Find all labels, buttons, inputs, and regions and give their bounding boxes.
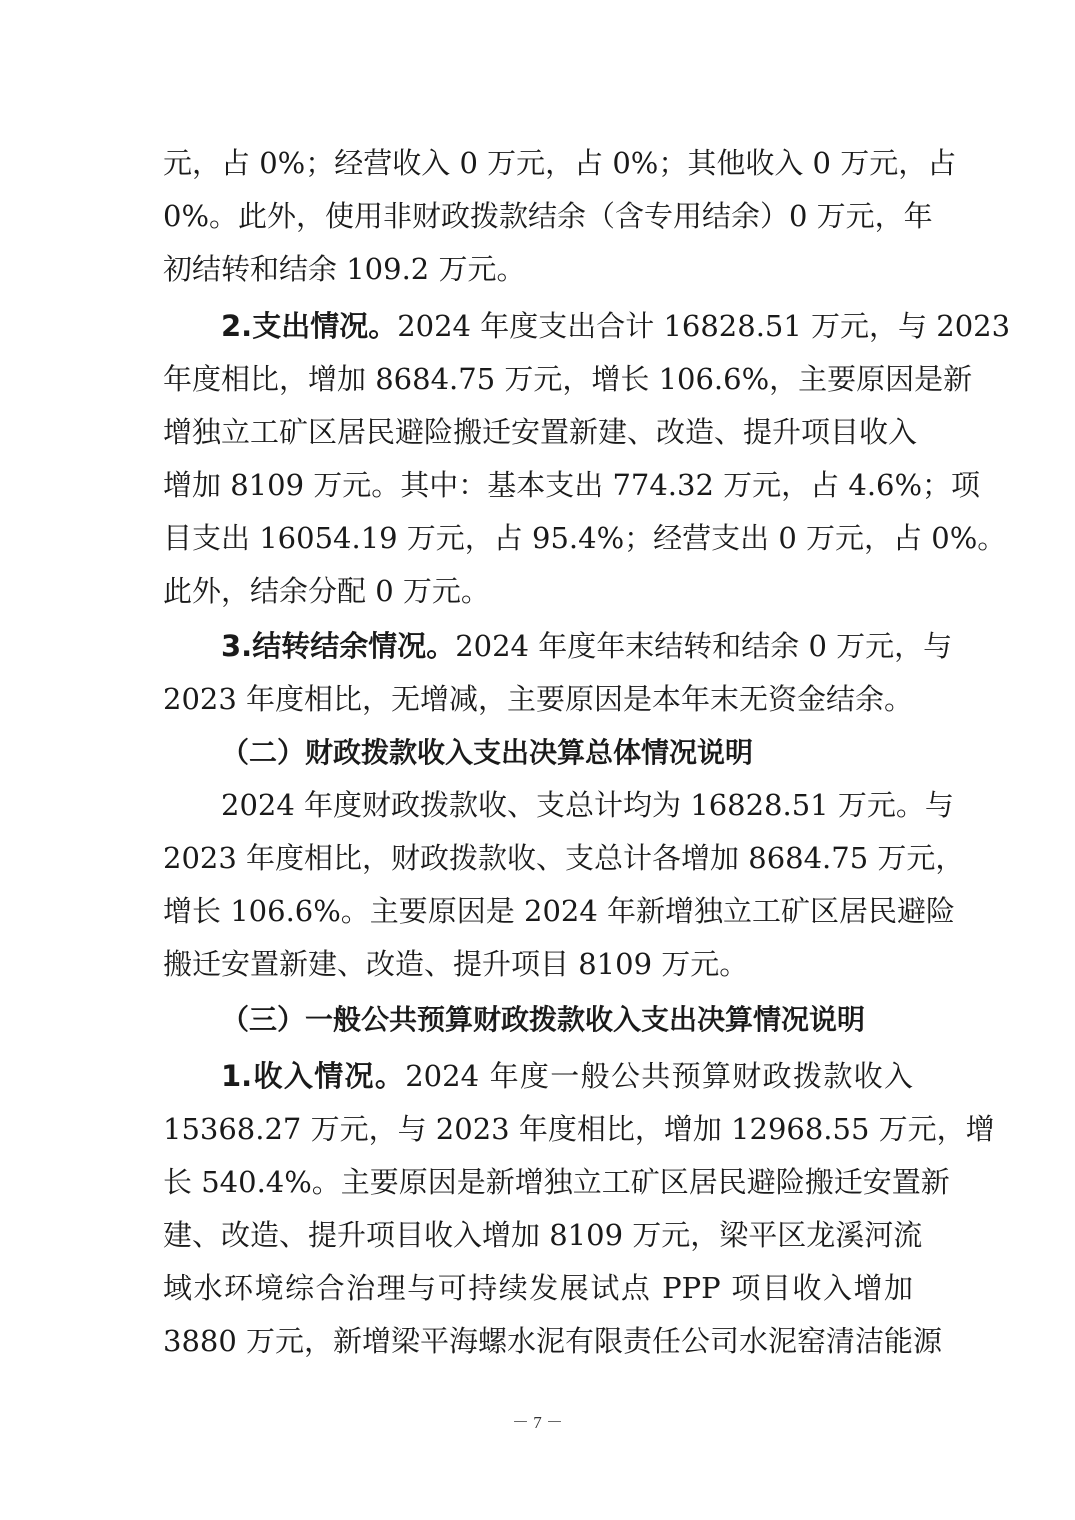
paragraph-text: 2024 年度支出合计 16828.51 万元，与 2023 [397,309,1010,343]
section-carryover-first-line: 3.结转结余情况。2024 年度年末结转和结余 0 万元，与 [221,620,913,673]
document-page: 元，占 0%；经营收入 0 万元，占 0%；其他收入 0 万元，占 0%。此外，… [0,0,1075,1520]
paragraph-line: 增加 8109 万元。其中：基本支出 774.32 万元，占 4.6%；项 [163,459,913,512]
paragraph-line: 0%。此外，使用非财政拨款结余（含专用结余）0 万元，年 [163,190,913,243]
section-heading-3: （三）一般公共预算财政拨款收入支出决算情况说明 [221,993,921,1046]
paragraph-line: 3880 万元，新增梁平海螺水泥有限责任公司水泥窑清洁能源 [163,1315,913,1368]
section-heading-2: （二）财政拨款收入支出决算总体情况说明 [221,726,913,779]
paragraph-line: 初结转和结余 109.2 万元。 [163,243,913,296]
paragraph-line: 元，占 0%；经营收入 0 万元，占 0%；其他收入 0 万元，占 [163,137,913,190]
page-number: － 7 － [0,1408,1075,1433]
paragraph-line: 域水环境综合治理与可持续发展试点 PPP 项目收入增加 [163,1262,913,1315]
paragraph-text: 2024 年度年末结转和结余 0 万元，与 [455,629,952,663]
paragraph-line: 此外，结余分配 0 万元。 [163,565,913,618]
paragraph-line: 增长 106.6%。主要原因是 2024 年新增独立工矿区居民避险 [163,885,913,938]
paragraph-line: 2024 年度财政拨款收、支总计均为 16828.51 万元。与 [221,779,913,832]
paragraph-line: 长 540.4%。主要原因是新增独立工矿区居民避险搬迁安置新 [163,1156,913,1209]
subsection-lead-income: 1.收入情况。 [221,1059,405,1093]
paragraph-line: 目支出 16054.19 万元，占 95.4%；经营支出 0 万元，占 0%。 [163,512,913,565]
paragraph-line: 搬迁安置新建、改造、提升项目 8109 万元。 [163,938,913,991]
section-expenditure-first-line: 2.支出情况。2024 年度支出合计 16828.51 万元，与 2023 [221,300,913,353]
paragraph-line: 年度相比，增加 8684.75 万元，增长 106.6%，主要原因是新 [163,353,913,406]
paragraph-line: 2023 年度相比，财政拨款收、支总计各增加 8684.75 万元， [163,832,913,885]
paragraph-line: 15368.27 万元，与 2023 年度相比，增加 12968.55 万元，增 [163,1103,913,1156]
paragraph-line: 建、改造、提升项目收入增加 8109 万元，梁平区龙溪河流 [163,1209,913,1262]
subsection-lead-expenditure: 2.支出情况。 [221,309,397,343]
paragraph-line: 增独立工矿区居民避险搬迁安置新建、改造、提升项目收入 [163,406,913,459]
paragraph-text: 2024 年度一般公共预算财政拨款收入 [405,1059,913,1093]
section-income-first-line: 1.收入情况。2024 年度一般公共预算财政拨款收入 [221,1050,913,1103]
paragraph-line: 2023 年度相比，无增减，主要原因是本年末无资金结余。 [163,673,913,726]
subsection-lead-carryover: 3.结转结余情况。 [221,629,455,663]
